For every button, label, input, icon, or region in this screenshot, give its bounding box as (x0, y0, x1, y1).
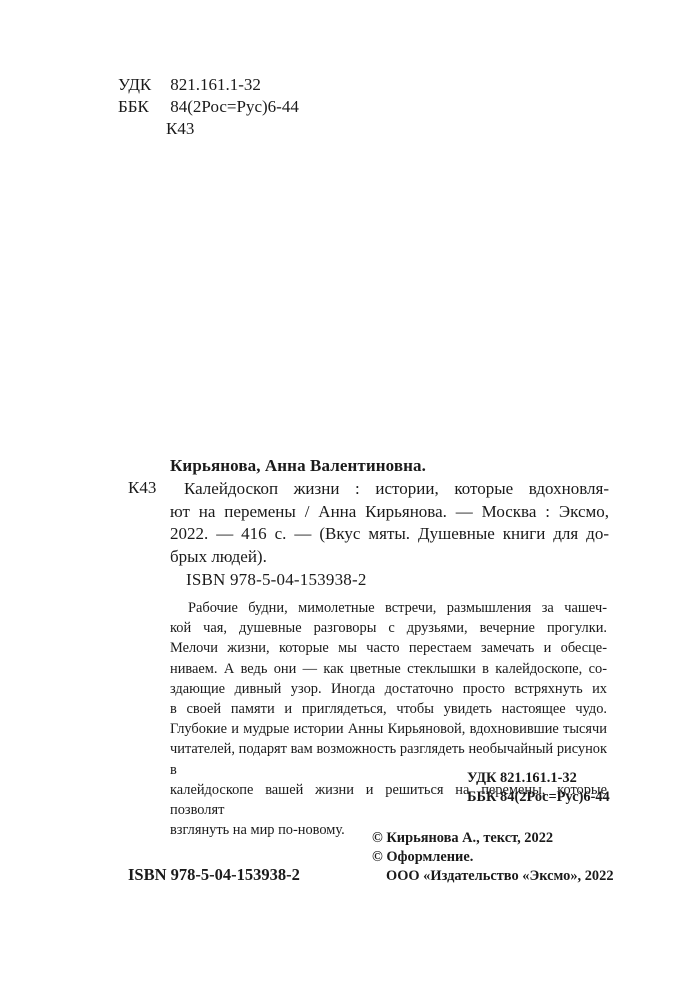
card-author-mark: К43 (128, 478, 156, 498)
design-copyright: © Оформление. (372, 848, 473, 867)
annotation-line: здающие дивный узор. Иногда достаточно п… (170, 679, 607, 699)
annotation-line: кой чая, душевные разговоры с друзьями, … (170, 618, 607, 638)
udk-label: УДК (118, 74, 166, 96)
annotation-line: ниваем. А ведь они — как цветные стеклыш… (170, 659, 607, 679)
udk-value: 821.161.1-32 (170, 75, 261, 94)
description-line: 2022. — 416 с. — (Вкус мяты. Душевные кн… (170, 523, 609, 546)
footer-udk: УДК 821.161.1-32 (467, 769, 577, 788)
footer-bbk: ББК 84(2Рос=Рус)6-44 (467, 788, 610, 807)
text-copyright: © Кирьянова А., текст, 2022 (372, 829, 553, 848)
annotation-line: Рабочие будни, мимолетные встречи, размы… (170, 598, 607, 618)
bbk-label: ББК (118, 96, 166, 118)
annotation-line: Глубокие и мудрые истории Анны Кирьяново… (170, 719, 607, 739)
bottom-isbn: ISBN 978-5-04-153938-2 (128, 865, 300, 885)
description-line: брых людей). (170, 546, 609, 569)
author-heading: Кирьянова, Анна Валентиновна. (170, 456, 426, 476)
publisher-copyright: ООО «Издательство «Эксмо», 2022 (372, 867, 614, 886)
card-isbn: ISBN 978-5-04-153938-2 (186, 570, 367, 590)
bbk-value: 84(2Рос=Рус)6-44 (170, 97, 299, 116)
description-line: Калейдоскоп жизни : истории, которые вдо… (170, 478, 609, 501)
udk-line: УДК 821.161.1-32 (118, 74, 261, 96)
bbk-line: ББК 84(2Рос=Рус)6-44 (118, 96, 299, 118)
bibliographic-description: Калейдоскоп жизни : истории, которые вдо… (170, 478, 609, 568)
annotation-line: Мелочи жизни, которые мы часто перестаем… (170, 638, 607, 658)
author-mark-top: К43 (166, 118, 194, 140)
annotation-line: в своей памяти и приглядеться, чтобы уви… (170, 699, 607, 719)
description-line: ют на перемены / Анна Кирьянова. — Москв… (170, 501, 609, 524)
